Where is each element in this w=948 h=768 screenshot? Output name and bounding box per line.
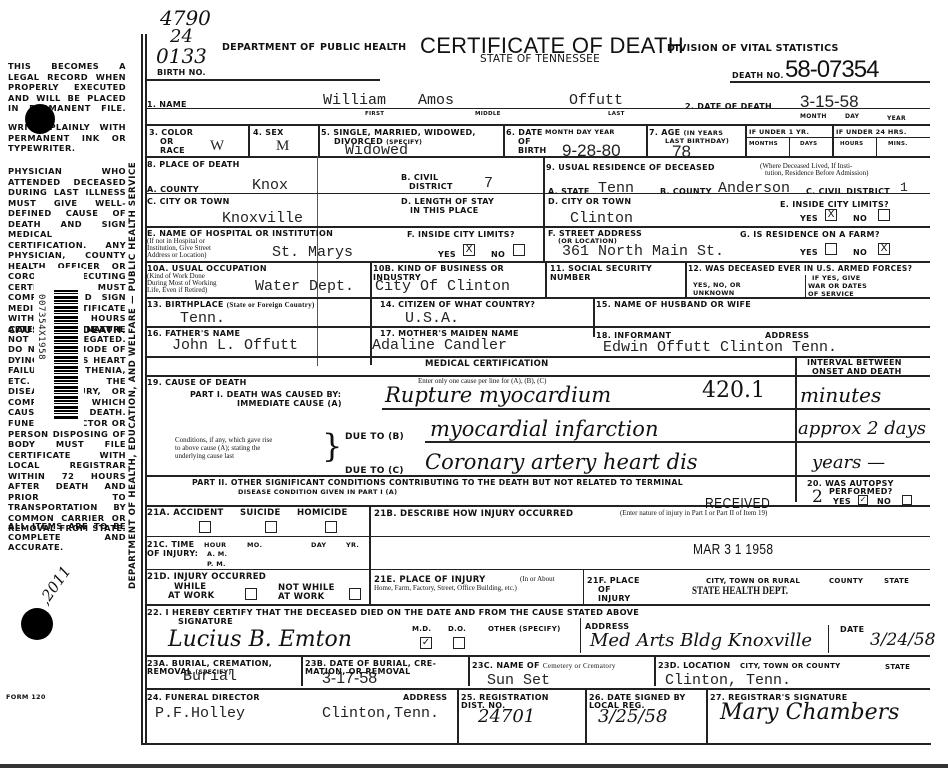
dob-value: 9-28-80 <box>562 141 621 161</box>
time-of-injury-label-2: OF INJURY: <box>147 549 198 558</box>
sex-label: 4. SEX <box>253 128 284 137</box>
icd-code: 420.1 <box>702 378 765 403</box>
farm-no-label: NO <box>853 248 867 257</box>
mother-value: Adaline Candler <box>372 337 507 354</box>
day-label: DAY <box>311 541 326 550</box>
funeral-director-label: 24. FUNERAL DIRECTOR <box>147 693 260 702</box>
place-f-label-2: OF <box>598 585 611 594</box>
divider <box>654 655 656 686</box>
interval-a-value: minutes <box>800 383 881 407</box>
res-inside-yes-checkbox[interactable]: X <box>825 209 837 221</box>
divider <box>468 655 470 686</box>
legal-record-note: THIS BECOMES A LEGAL RECORD WHEN PROPERL… <box>8 61 126 114</box>
divider <box>805 275 806 298</box>
name-last: Offutt <box>569 92 623 109</box>
cause-a-line <box>382 408 930 410</box>
under-1yr-label: IF UNDER 1 YR. <box>749 128 809 137</box>
ssn-label-2: NUMBER <box>550 273 591 282</box>
place-f-label-1: 21F. PLACE <box>587 576 640 585</box>
stamp-dept: STATE HEALTH DEPT. <box>692 584 788 597</box>
divider <box>583 569 584 605</box>
divider <box>503 124 505 156</box>
received-stamp: RECEIVED <box>705 495 770 512</box>
dob-label-mdy: MONTH DAY YEAR <box>545 128 615 137</box>
name-first: William <box>323 92 386 109</box>
place-of-injury-note-2: Home, Farm, Factory, Street, Office Buil… <box>374 585 517 592</box>
divider <box>545 261 547 298</box>
cause-c-value: Coronary artery heart dis <box>425 450 698 474</box>
divider <box>593 297 595 337</box>
death-no-value: 58-07354 <box>785 56 878 84</box>
form-left-border-inner <box>145 34 147 744</box>
birth-no-line <box>145 79 380 81</box>
spouse-label: 15. NAME OF HUSBAND OR WIFE <box>596 300 751 309</box>
cause-b-value: myocardial infarction <box>430 417 658 441</box>
write-plainly-note: WRITE PLAINLY WITH PERMANENT INK OR TYPE… <box>8 122 126 154</box>
street-value: 361 North Main St. <box>562 243 724 260</box>
citizen-value: U.S.A. <box>405 310 459 327</box>
res-inside-yes-label: YES <box>800 214 818 223</box>
row7-bottom <box>145 326 930 328</box>
father-value: John L. Offutt <box>172 337 298 354</box>
suicide-checkbox[interactable] <box>265 521 277 533</box>
name-last-label: LAST <box>608 110 625 119</box>
do-checkbox[interactable] <box>453 637 465 649</box>
informant-value: Edwin Offutt Clinton Tenn. <box>603 339 837 356</box>
row1-bottom <box>145 124 930 126</box>
county-col-label: COUNTY <box>829 577 863 586</box>
age-label-main: 7. AGE <box>649 128 680 137</box>
state-col-label: STATE <box>884 577 909 586</box>
residence-label: 9. USUAL RESIDENCE OF DECEASED <box>546 163 715 172</box>
while-at-work-label-2: AT WORK <box>168 592 215 601</box>
city-label: C. CITY OR TOWN <box>147 197 230 206</box>
occupation-note-3: Life, Even if Retired) <box>147 287 207 294</box>
certify-date-value: 3/24/58 <box>870 630 936 650</box>
accident-checkbox[interactable] <box>199 521 211 533</box>
form-bottom-border <box>141 743 931 745</box>
immediate-cause-label: IMMEDIATE CAUSE (A) <box>237 399 342 408</box>
divider <box>685 261 687 298</box>
birthplace-value: Tenn. <box>180 310 225 327</box>
death-no-line <box>730 81 930 83</box>
punch-hole-1 <box>25 104 55 134</box>
yr-label: YR. <box>346 541 359 550</box>
md-checkbox[interactable]: ✓ <box>420 637 432 649</box>
death-no-label: DEATH NO. <box>732 71 784 80</box>
interval-label-1: INTERVAL BETWEEN <box>807 358 902 367</box>
certify-address-value: Med Arts Bldg Knoxville <box>590 630 812 651</box>
part1-label: PART I. DEATH WAS CAUSED BY: <box>190 390 341 399</box>
autopsy-yes-checkbox[interactable]: ✓ <box>858 495 868 505</box>
department-label-left: DEPARTMENT OF <box>222 43 315 52</box>
inside-city-no-checkbox[interactable] <box>513 244 525 256</box>
place-of-injury-note-1: (In or About <box>520 576 555 583</box>
cause-b-line <box>425 441 930 443</box>
homicide-checkbox[interactable] <box>325 521 337 533</box>
dob-label: 6. DATE <box>506 128 543 137</box>
farm-yes-label: YES <box>800 248 818 257</box>
farm-yes-checkbox[interactable] <box>825 243 837 255</box>
farm-no-checkbox[interactable]: X <box>878 243 890 255</box>
registration-value: 24701 <box>478 706 535 727</box>
date-of-death-value: 3-15-58 <box>800 92 859 112</box>
dob-label-birth: BIRTH <box>518 146 547 155</box>
part2-label: PART II. OTHER SIGNIFICANT CONDITIONS CO… <box>192 478 683 487</box>
division-label: DIVISION OF VITAL STATISTICS <box>667 44 839 53</box>
civil-district-value: 7 <box>484 175 493 192</box>
age-label-years: (IN YEARS <box>684 129 724 137</box>
res-district-label: C. CIVIL DISTRICT <box>806 187 890 196</box>
inside-yes-label: YES <box>438 250 456 259</box>
all-items-note: ALL ITEMS ARE TO BE COMPLETE AND ACCURAT… <box>8 521 126 553</box>
row6-bottom <box>145 297 930 299</box>
form-number: FORM 120 <box>6 693 46 702</box>
handwritten-note: ,2011 <box>35 562 74 608</box>
autopsy-no-checkbox[interactable] <box>902 495 912 505</box>
divider <box>745 124 747 156</box>
interval-b-value: approx 2 days <box>798 418 926 439</box>
cause-of-death-label: 19. CAUSE OF DEATH <box>147 378 247 387</box>
city-value: Knoxville <box>222 210 303 227</box>
row1-line <box>145 108 930 109</box>
interval-divider <box>795 356 797 502</box>
homicide-label: HOMICIDE <box>297 509 348 518</box>
funeral-director-value: P.F.Holley <box>155 705 245 722</box>
inside-no-label: NO <box>491 250 505 259</box>
ssn-label: 11. SOCIAL SECURITY <box>550 264 652 273</box>
burial-type-value: Burial <box>183 668 237 685</box>
armed-forces-label: 12. WAS DECEASED EVER IN U.S. ARMED FORC… <box>688 264 912 273</box>
cause-a-value: Rupture myocardium <box>385 383 611 407</box>
divider <box>370 297 372 365</box>
left-sidebar: THIS BECOMES A LEGAL RECORD WHEN PROPERL… <box>0 0 145 768</box>
divider <box>832 124 834 156</box>
state-label: STATE OF TENNESSEE <box>480 55 600 64</box>
barcode-sticker: 007354X1958 <box>34 268 84 430</box>
not-while-at-work-checkbox[interactable] <box>349 588 361 600</box>
business-value: City Of Clinton <box>375 278 510 295</box>
county-value: Knox <box>252 177 288 194</box>
days-label: DAYS <box>800 140 817 149</box>
res-county-value: Anderson <box>718 180 790 197</box>
birthplace-label-text: 13. BIRTHPLACE <box>147 300 224 309</box>
funeral-address-label: ADDRESS <box>403 693 447 702</box>
injury-row2-line <box>145 569 930 570</box>
birthplace-note: (State or Foreign Country) <box>227 301 315 309</box>
row5-bottom <box>145 261 930 263</box>
pm-label: P. M. <box>207 560 226 569</box>
barcode-icon <box>54 290 78 420</box>
stamp-date: MAR 3 1 1958 <box>693 541 773 558</box>
divider <box>457 688 459 744</box>
accident-label: 21A. ACCIDENT <box>147 509 224 518</box>
sex-value: M <box>276 138 289 155</box>
funeral-address-value: Clinton,Tenn. <box>322 705 439 722</box>
physician-signature: Lucius B. Emton <box>168 627 352 652</box>
res-county-label: B. COUNTY <box>660 187 712 196</box>
res-state-label: A. STATE <box>548 187 590 196</box>
brace-icon: } <box>322 430 342 462</box>
residence-note-2: tution, Residence Before Admission) <box>765 170 868 177</box>
date-signed-value: 3/25/58 <box>598 706 667 727</box>
res-row-line <box>543 193 930 194</box>
cemetery-label-text: 23C. NAME OF <box>472 661 540 670</box>
color-label-race: RACE <box>160 146 185 155</box>
part2-label-2: DISEASE CONDITION GIVEN IN PART I (A) <box>238 488 397 497</box>
divider <box>706 688 708 744</box>
funeral-director-note: FUNERAL DIRECTOR OR PERSON DISPOSING OF … <box>8 418 126 534</box>
am-label: A. M. <box>207 550 227 559</box>
birth-no-label: BIRTH NO. <box>157 68 206 77</box>
res-city-value: Clinton <box>570 210 633 227</box>
res-city-label: D. CITY OR TOWN <box>548 197 631 206</box>
department-label-right: PUBLIC HEALTH <box>320 43 406 52</box>
not-while-label-2: AT WORK <box>278 593 325 602</box>
registrar-signature-value: Mary Chambers <box>720 700 899 725</box>
burial-date-value: 3-17-58 <box>322 670 377 688</box>
location-value: Clinton, Tenn. <box>665 672 791 689</box>
dob-label-of: OF <box>518 137 531 146</box>
inside-city-label: F. INSIDE CITY LIMITS? <box>407 230 515 239</box>
burial-bottom <box>145 688 930 690</box>
dod-day-label: DAY <box>845 112 859 121</box>
location-state-label: STATE <box>885 663 910 672</box>
center-divider <box>543 156 545 262</box>
medical-bottom <box>145 505 930 507</box>
injury-row1-line <box>145 536 930 537</box>
res-state-value: Tenn <box>598 180 634 197</box>
location-note: CITY, TOWN OR COUNTY <box>740 662 841 671</box>
certify-bottom <box>145 655 930 657</box>
divider <box>789 137 790 156</box>
injury-occurred-label: 21D. INJURY OCCURRED <box>147 573 266 582</box>
civil-district-label: B. CIVIL <box>401 173 438 182</box>
divider <box>585 688 587 744</box>
months-label: MONTHS <box>749 140 778 149</box>
marital-label: 5. SINGLE, MARRIED, WIDOWED, <box>321 128 476 137</box>
occupation-value: Water Dept. <box>255 278 354 295</box>
mins-label: MINS. <box>888 140 908 149</box>
do-label: D.O. <box>448 625 466 634</box>
suicide-label: SUICIDE <box>240 509 281 518</box>
row4-line <box>145 226 930 228</box>
dod-year-label: YEAR <box>887 114 906 123</box>
signature-label: SIGNATURE <box>178 617 233 626</box>
name-middle: Amos <box>418 92 454 109</box>
hospital-note-3: Address or Location) <box>147 252 206 259</box>
interval-c-value: years — <box>812 452 885 473</box>
stay-label-2: IN THIS PLACE <box>410 206 479 215</box>
divider <box>580 618 581 653</box>
while-at-work-checkbox[interactable] <box>245 588 257 600</box>
place-f-label-3: INJURY <box>598 594 630 603</box>
cause-c-line <box>145 475 930 477</box>
row3-line <box>145 193 543 194</box>
row2-bottom <box>145 156 930 158</box>
divider <box>318 124 320 156</box>
form-left-border-outer <box>141 34 143 744</box>
divider <box>301 655 303 686</box>
hour-label: HOUR <box>204 541 226 550</box>
res-inside-no-label: NO <box>853 214 867 223</box>
divider <box>828 625 829 653</box>
injury-divider <box>369 505 371 605</box>
hospital-value: St. Marys <box>272 244 353 261</box>
divider <box>646 124 648 156</box>
handwritten-birth-no: 0133 <box>156 44 207 68</box>
farm-label: G. IS RESIDENCE ON A FARM? <box>740 230 880 239</box>
page-bottom-edge <box>0 764 948 768</box>
hew-vertical-text: DEPARTMENT OF HEALTH, EDUCATION, AND WEL… <box>128 140 138 610</box>
cemetery-label: 23C. NAME OF Cemetery or Crematory <box>472 661 616 670</box>
business-label: 10B. KIND OF BUSINESS OR <box>373 264 504 273</box>
divider <box>248 124 250 156</box>
certify-date-label: DATE <box>840 625 864 634</box>
date-of-death-label: 2. DATE OF DEATH <box>685 102 772 111</box>
color-label-or: OR <box>160 137 174 146</box>
age-value: 78 <box>672 142 691 162</box>
res-inside-no-checkbox[interactable] <box>878 209 890 221</box>
name-first-label: FIRST <box>365 110 384 119</box>
due-to-b-label: DUE TO (B) <box>345 433 404 442</box>
place-of-death-label: 8. PLACE OF DEATH <box>147 160 240 169</box>
name-middle-label: MIDDLE <box>475 110 501 119</box>
autopsy-mark: 2 <box>812 487 823 507</box>
describe-label: 21B. DESCRIBE HOW INJURY OCCURRED <box>374 510 573 519</box>
time-of-injury-label: 21C. TIME <box>147 540 194 549</box>
cemetery-value: Sun Set <box>487 672 550 689</box>
birthplace-label: 13. BIRTHPLACE (State or Foreign Country… <box>147 300 315 309</box>
citizen-label: 14. CITIZEN OF WHAT COUNTRY? <box>380 300 535 309</box>
age-sub-line <box>745 137 930 138</box>
res-inside-label: E. INSIDE CITY LIMITS? <box>780 200 889 209</box>
inside-city-yes-checkbox[interactable]: X <box>463 244 475 256</box>
mo-label: MO. <box>247 541 262 550</box>
cemetery-note: Cemetery or Crematory <box>543 662 616 670</box>
conditions-note-1: Conditions, if any, which gave rise <box>175 437 272 444</box>
stay-label: D. LENGTH OF STAY <box>401 197 494 206</box>
color-value: W <box>210 138 224 155</box>
conditions-note-3: underlying cause last <box>175 453 234 460</box>
dod-month-label: MONTH <box>800 112 827 121</box>
hours-label: HOURS <box>840 140 863 149</box>
color-label: 3. COLOR <box>149 128 193 137</box>
md-label: M.D. <box>412 625 431 634</box>
location-label: 23D. LOCATION <box>658 661 730 670</box>
punch-hole-2 <box>21 608 53 640</box>
divider <box>370 261 372 298</box>
conditions-note-2: to above cause (A); stating the <box>175 445 260 452</box>
under-24hr-label: IF UNDER 24 HRS. <box>836 128 907 137</box>
barcode-number: 007354X1958 <box>36 294 46 360</box>
divider <box>876 137 877 156</box>
civil-district-label-2: DISTRICT <box>409 182 453 191</box>
injury-bottom <box>145 604 930 606</box>
other-specify-label: OTHER (SPECIFY) <box>488 625 561 634</box>
medical-heading: MEDICAL CERTIFICATION <box>425 360 549 369</box>
